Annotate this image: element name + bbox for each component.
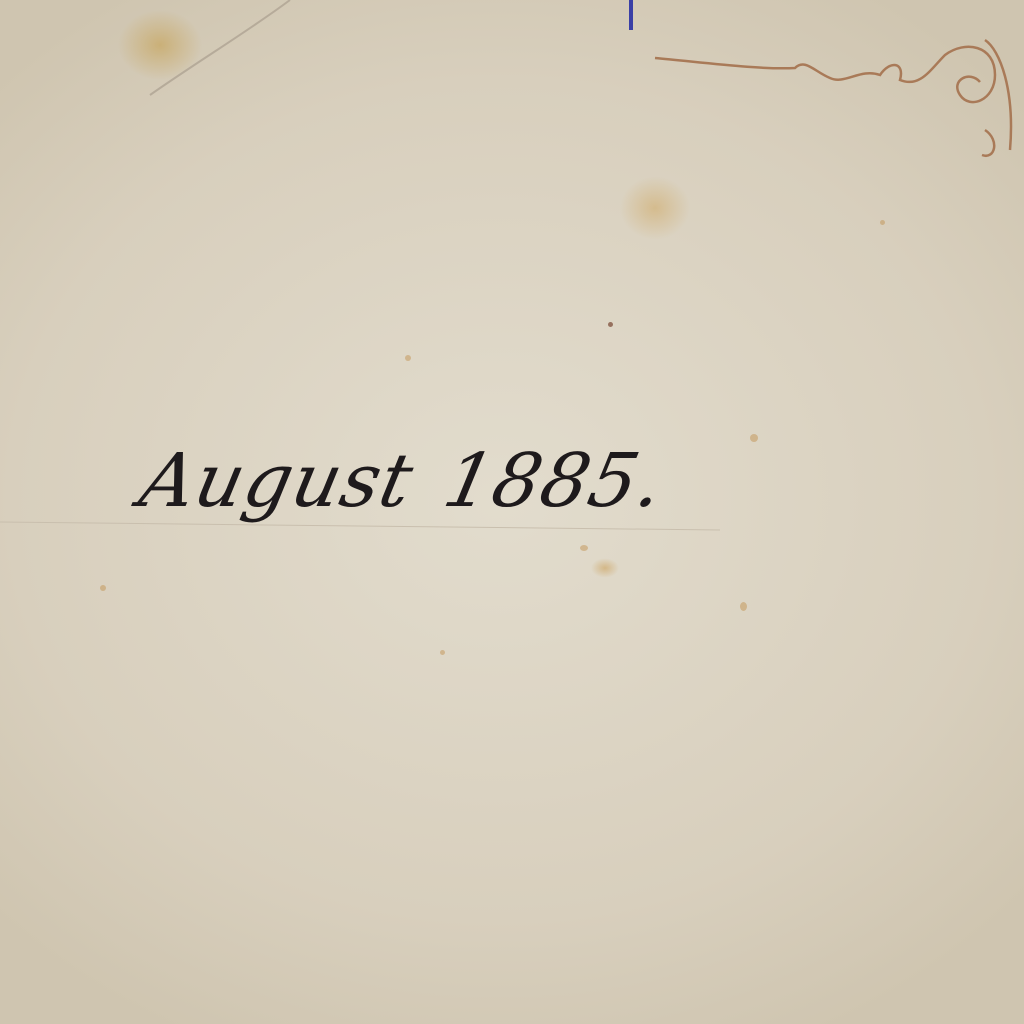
date-year: 1885. <box>437 438 672 524</box>
handwritten-date: August1885. <box>133 438 672 524</box>
date-month: August <box>133 438 421 524</box>
paper-page: August1885. <box>0 0 1024 1024</box>
